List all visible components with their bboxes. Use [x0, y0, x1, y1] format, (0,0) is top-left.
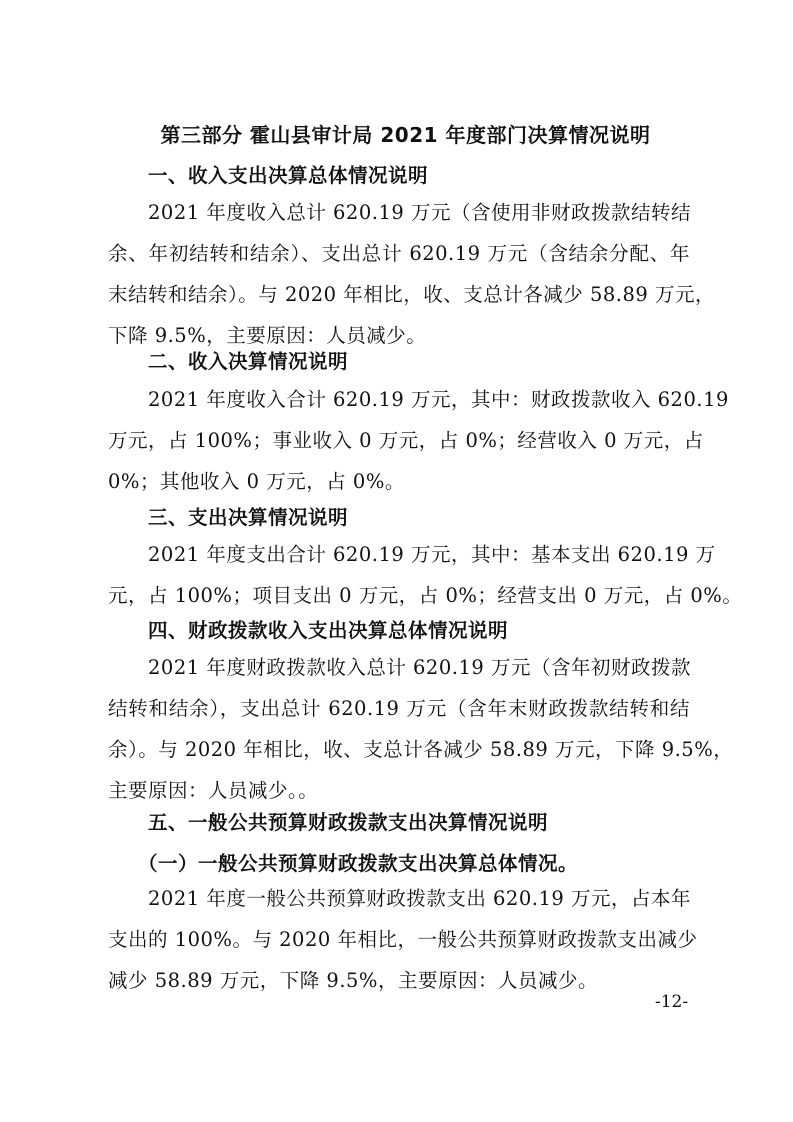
- paragraph-line: 余）。与 2020 年相比，收、支总计各减少 58.89 万元，下降 9.5%，: [108, 738, 690, 762]
- paragraph-line: 主要原因：人员减少。。: [108, 779, 690, 803]
- paragraph-line: 2021 年度收入合计 620.19 万元，其中：财政拨款收入 620.19: [148, 388, 690, 412]
- section-heading-5: 五、一般公共预算财政拨款支出决算情况说明: [148, 807, 548, 835]
- paragraph-line: 余、年初结转和结余）、支出总计 620.19 万元（含结余分配、年: [108, 242, 690, 266]
- paragraph-line: 2021 年度一般公共预算财政拨款支出 620.19 万元，占本年: [148, 887, 690, 911]
- paragraph-line: 减少 58.89 万元，下降 9.5%，主要原因：人员减少。: [108, 969, 690, 993]
- paragraph-line: 末结转和结余）。与 2020 年相比，收、支总计各减少 58.89 万元，: [108, 283, 690, 307]
- page-title: 第三部分 霍山县审计局 2021 年度部门决算情况说明: [0, 119, 793, 148]
- subsection-heading: （一）一般公共预算财政拨款支出决算总体情况。: [138, 848, 578, 876]
- paragraph-line: 2021 年度收入总计 620.19 万元（含使用非财政拨款结转结: [148, 201, 690, 225]
- page-number: -12-: [655, 992, 688, 1012]
- paragraph-line: 0%；其他收入 0 万元，占 0%。: [108, 470, 690, 494]
- section-heading-1: 一、收入支出决算总体情况说明: [148, 160, 428, 188]
- section-heading-4: 四、财政拨款收入支出决算总体情况说明: [148, 615, 508, 643]
- paragraph-line: 结转和结余），支出总计 620.19 万元（含年末财政拨款结转和结: [108, 697, 690, 721]
- paragraph-line: 支出的 100%。与 2020 年相比，一般公共预算财政拨款支出减少: [108, 928, 690, 952]
- section-heading-3: 三、支出决算情况说明: [148, 502, 348, 530]
- paragraph-line: 2021 年度财政拨款收入总计 620.19 万元（含年初财政拨款: [148, 656, 690, 680]
- paragraph-line: 元，占 100%；项目支出 0 万元，占 0%；经营支出 0 万元，占 0%。: [108, 584, 690, 608]
- section-heading-2: 二、收入决算情况说明: [148, 346, 348, 374]
- paragraph-line: 万元，占 100%；事业收入 0 万元，占 0%；经营收入 0 万元，占: [108, 429, 690, 453]
- paragraph-line: 下降 9.5%，主要原因：人员减少。: [108, 324, 690, 348]
- paragraph-line: 2021 年度支出合计 620.19 万元，其中：基本支出 620.19 万: [148, 543, 690, 567]
